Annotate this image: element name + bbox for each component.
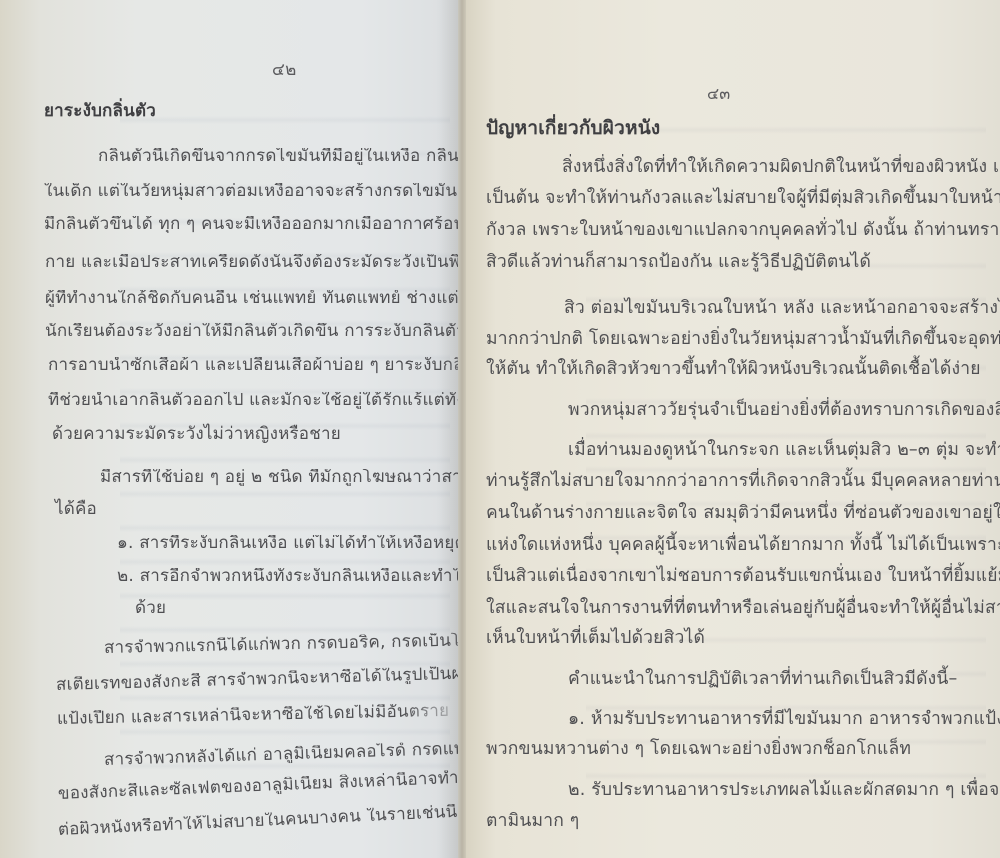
text-line: เมื่อท่านมองดูหน้าในกระจก และเห็นตุ่มสิว… [568,442,1000,460]
text-line: คนในด้านร่างกายและจิตใจ สมมุติว่ามีคนหนึ… [486,505,1000,523]
list-item: ๒. สารอีกจำพวกหนึ่งทั้งระงับกลิ่นเหงื่อแ… [117,568,462,585]
text-line: ในเด็ก แต่ในวัยหนุ่มสาวต่อมเหงื่ออาจจะสร… [44,183,462,200]
text-line: ที่ช่วยนำเอากลิ่นตัวออกไป และมักจะใช้อยู… [48,392,462,409]
text-line: การอาบน้ำซักเสื้อผ้า และเปลี่ยนเสื้อผ้าบ… [48,357,462,374]
text-line: ตามินมาก ๆ [486,813,579,831]
text-line: ใสและสนใจในการงานที่ที่ตนทำหรือเล่นอยู่ก… [486,600,1000,618]
text-line: ให้ตัน ทำให้เกิดสิวหัวขาวขึ้นทำให้ผิวหนั… [486,361,981,379]
text-line: สารจำพวกแรกนี้ได้แก่พวก กรดบอริค, กรดเบ็… [104,632,462,657]
open-book-spread: ๔๒ ยาระงับกลิ่นตัว กลิ่นตัวนี้เกิดขึ้นจา… [0,0,1000,858]
text-line: ด้วย [135,600,166,617]
text-line: สเตียเรทของสังกะสี สารจำพวกนี้จะหาซื้อได… [56,663,462,694]
right-page: ๔๓ ปัญหาเกี่ยวกับผิวหนัง สิ่งหนึ่งสิ่งใด… [466,0,1000,858]
text-line: สิว ต่อมไขมันบริเวณใบหน้า หลัง และหน้าอก… [564,300,1000,318]
text-line: แป้งเปียก และสารเหล่านี้จะหาซื้อใช้โดยไม… [57,703,450,728]
list-item: ๑. สารที่ระงับกลิ่นเหงื่อ แต่ไม่ได้ทำให้… [117,535,462,552]
page-number: ๔๒ [272,62,296,79]
text-line: ได้คือ [55,501,97,518]
text-line: มีกลิ่นตัวขึ้นได้ ทุก ๆ คนจะมีเหงื่อออกม… [44,216,462,233]
text-line: แห่งใดแห่งหนึ่ง บุคคลผู้นี้จะหาเพื่อนได้… [486,537,1000,555]
text-line: พวกขนมหวานต่าง ๆ โดยเฉพาะอย่างยิ่งพวกช็อ… [486,741,911,759]
text-line: ด้วยความระมัดระวังไม่ว่าหญิงหรือชาย [52,426,341,443]
text-line: สารจำพวกหลังได้แก่ อาลูมิเนียมคลอไรด์ กร… [104,739,462,769]
text-line: คำแนะนำในการปฏิบัติเวลาที่ท่านเกิดเป็นสิ… [568,671,958,689]
text-line: กังวล เพราะใบหน้าของเขาแปลกจากบุคคลทั่วไ… [486,222,1000,240]
text-line: เห็นใบหน้าที่เต็มไปด้วยสิวได้ [486,630,705,648]
text-line: มีสารที่ใช้บ่อย ๆ อยู่ ๒ ชนิด ที่มักถูกโ… [100,469,462,486]
text-line: ผู้ที่ทำงานใกล้ชิดกับคนอื่น เช่นแพทย์ ทั… [45,290,462,307]
section-heading: ปัญหาเกี่ยวกับผิวหนัง [486,119,660,138]
text-line: กลิ่นตัวนี้เกิดขึ้นจากกรดไขมันที่มีอยู่ใ… [98,148,462,165]
text-line: มากกว่าปกติ โดยเฉพาะอย่างยิ่งในวัยหนุ่มส… [486,331,1000,349]
section-heading: ยาระงับกลิ่นตัว [44,103,156,120]
text-line: ต่อผิวหนังหรือทำให้ไม่สบายในคนบางคน ในรา… [58,799,462,839]
text-line: เป็นสิวแต่เนื่องจากเขาไม่ชอบการต้อนรับแข… [486,568,1000,586]
text-line: ของสังกะสีและซัลเฟตของอาลูมิเนียม สิ่งเห… [58,765,462,803]
list-item: ๒. รับประทานอาหารประเภทผลไม้และผักสดมาก … [568,782,1000,800]
list-item: ๑. ห้ามรับประทานอาหารที่มีไขมันมาก อาหาร… [568,711,1000,729]
page-number: ๔๓ [707,86,730,102]
left-page: ๔๒ ยาระงับกลิ่นตัว กลิ่นตัวนี้เกิดขึ้นจา… [0,0,462,858]
text-line: กาย และเมื่อประสาทเครียดดังนั้นจึงต้องระ… [45,254,462,271]
text-line: สิ่งหนึ่งสิ่งใดที่ทำให้เกิดความผิดปกติใน… [562,159,1000,177]
text-line: พวกหนุ่มสาววัยรุ่นจำเป็นอย่างยิ่งที่ต้อง… [568,402,1000,420]
text-line: ท่านรู้สึกไม่สบายใจมากกว่าอาการที่เกิดจา… [486,473,1000,491]
text-line: สิวดีแล้วท่านก็สามารถป้องกัน และรู้วิธีป… [486,254,871,272]
text-line: นักเรียนต้องระวังอย่าให้มีกลิ่นตัวเกิดขึ… [45,323,462,340]
text-line: เป็นต้น จะทำให้ท่านกังวลและไม่สบายใจผู้ท… [486,190,1000,208]
